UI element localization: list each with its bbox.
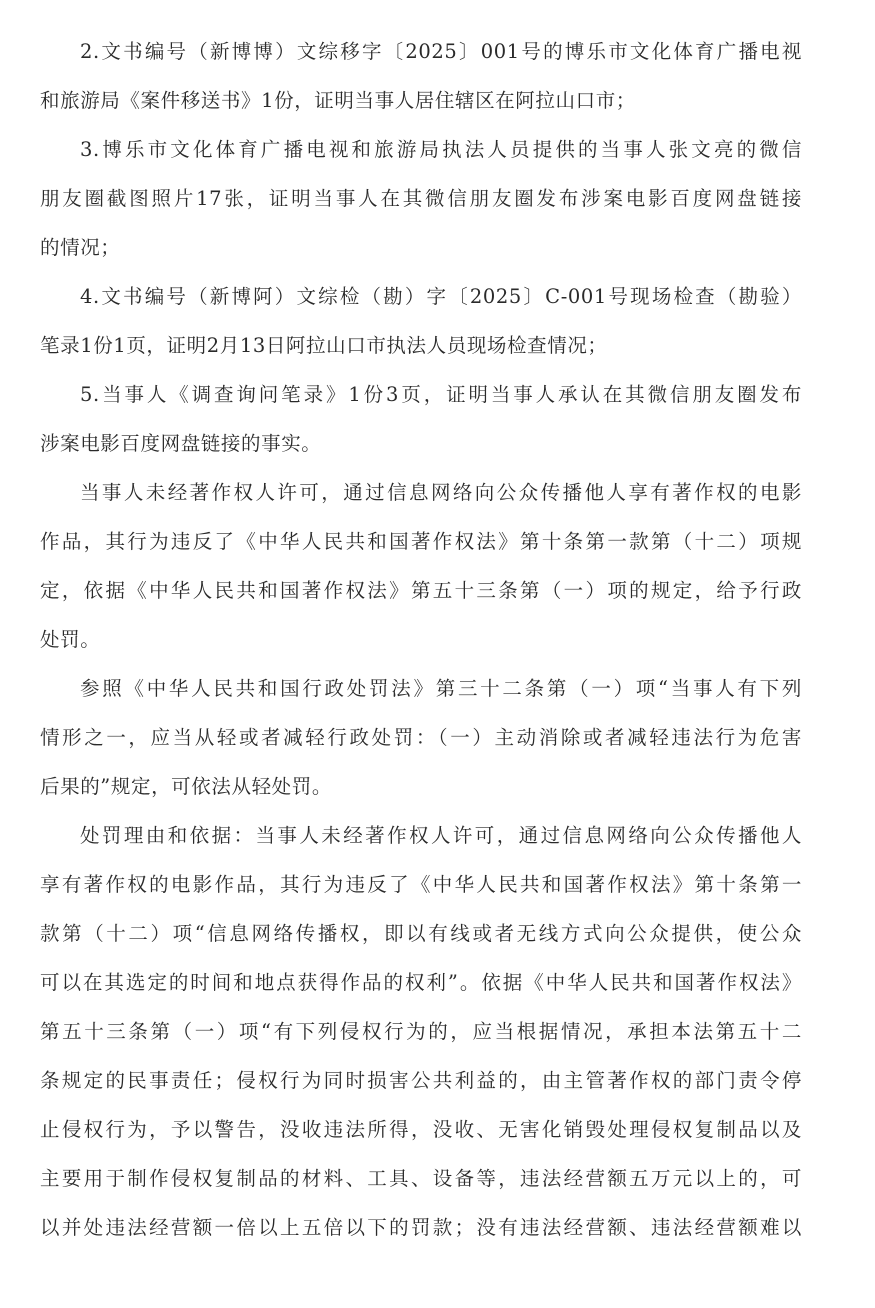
text-line: 定，依据《中华人民共和国著作权法》第五十三条第（一）项的规定，给予行政 — [40, 566, 802, 615]
text-line: 条规定的民事责任；侵权行为同时损害公共利益的，由主管著作权的部门责令停 — [40, 1056, 802, 1105]
text-line: 和旅游局《案件移送书》1份，证明当事人居住辖区在阿拉山口市； — [40, 76, 802, 125]
text-line: 处罚。 — [40, 615, 802, 664]
text-line: 参照《中华人民共和国行政处罚法》第三十二条第（一）项“当事人有下列 — [40, 664, 802, 713]
text-line: 处罚理由和依据：当事人未经著作权人许可，通过信息网络向公众传播他人 — [40, 811, 802, 860]
text-line: 可以在其选定的时间和地点获得作品的权利”。依据《中华人民共和国著作权法》 — [40, 958, 802, 1007]
text-line: 朋友圈截图照片17张，证明当事人在其微信朋友圈发布涉案电影百度网盘链接 — [40, 174, 802, 223]
text-line: 第五十三条第（一）项“有下列侵权行为的，应当根据情况，承担本法第五十二 — [40, 1007, 802, 1056]
text-line: 笔录1份1页，证明2月13日阿拉山口市执法人员现场检查情况； — [40, 321, 802, 370]
text-line: 5.当事人《调查询问笔录》1份3页，证明当事人承认在其微信朋友圈发布 — [40, 370, 802, 419]
text-line: 的情况； — [40, 223, 802, 272]
text-line: 4.文书编号（新博阿）文综检（勘）字〔2025〕C-001号现场检查（勘验） — [40, 272, 802, 321]
text-line: 以并处违法经营额一倍以上五倍以下的罚款；没有违法经营额、违法经营额难以 — [40, 1203, 802, 1252]
text-line: 止侵权行为，予以警告，没收违法所得，没收、无害化销毁处理侵权复制品以及 — [40, 1105, 802, 1154]
text-line: 主要用于制作侵权复制品的材料、工具、设备等，违法经营额五万元以上的，可 — [40, 1154, 802, 1203]
text-line: 款第（十二）项“信息网络传播权，即以有线或者无线方式向公众提供，使公众 — [40, 909, 802, 958]
text-line: 后果的”规定，可依法从轻处罚。 — [40, 762, 802, 811]
text-line: 享有著作权的电影作品，其行为违反了《中华人民共和国著作权法》第十条第一 — [40, 860, 802, 909]
text-line: 情形之一，应当从轻或者减轻行政处罚：（一）主动消除或者减轻违法行为危害 — [40, 713, 802, 762]
text-line: 作品，其行为违反了《中华人民共和国著作权法》第十条第一款第（十二）项规 — [40, 517, 802, 566]
text-line: 当事人未经著作权人许可，通过信息网络向公众传播他人享有著作权的电影 — [40, 468, 802, 517]
text-line: 2.文书编号（新博博）文综移字〔2025〕001号的博乐市文化体育广播电视 — [40, 27, 802, 76]
document-page: 2.文书编号（新博博）文综移字〔2025〕001号的博乐市文化体育广播电视 和旅… — [40, 27, 802, 1252]
text-line: 涉案电影百度网盘链接的事实。 — [40, 419, 802, 468]
text-line: 3.博乐市文化体育广播电视和旅游局执法人员提供的当事人张文亮的微信 — [40, 125, 802, 174]
